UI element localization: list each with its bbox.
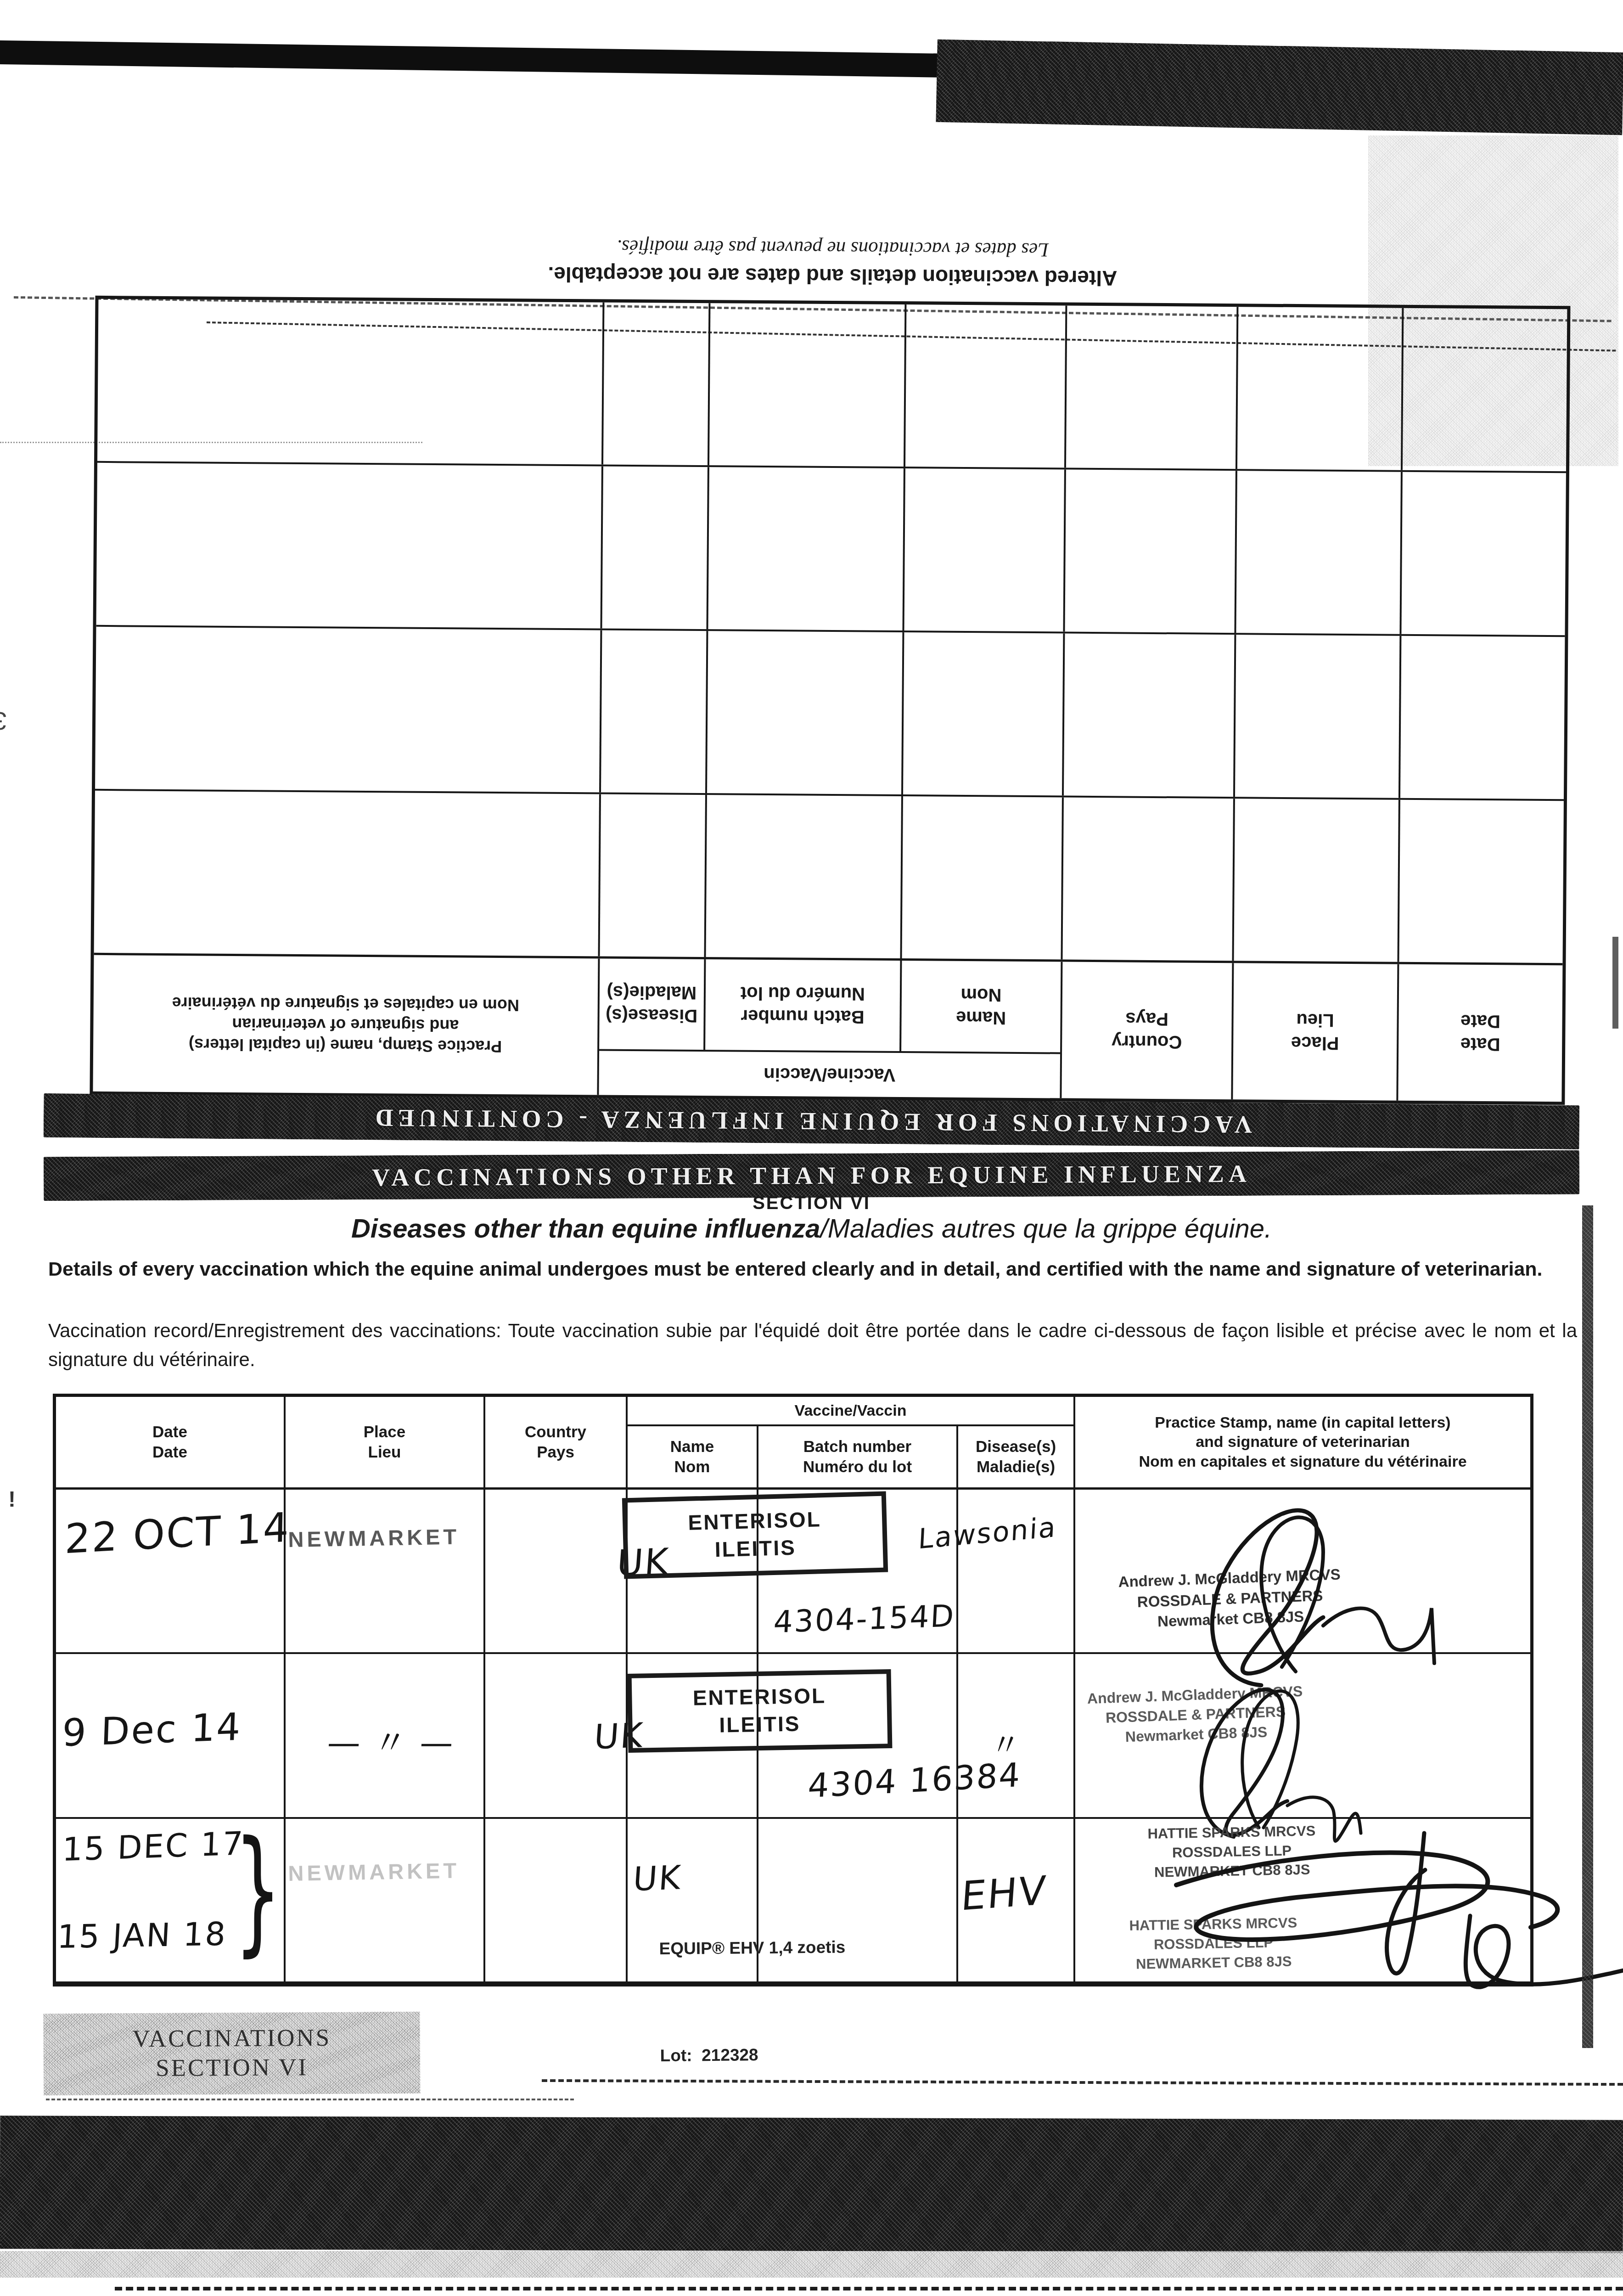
handwritten-date: 9 Dec 14 <box>62 1705 242 1755</box>
intro-text-en: Details of every vaccination which the e… <box>48 1255 1577 1284</box>
handwritten-date: 15 DEC 17 <box>62 1824 245 1868</box>
enterisol-ileitis-stamp: ENTERISOLILEITIS <box>627 1669 893 1753</box>
scan-noise-bottom-band <box>0 2116 1623 2253</box>
section-vi-table: DateDate PlaceLieu CountryPays Vaccine/V… <box>53 1394 1533 1986</box>
handwritten-batch: 4304-154D <box>773 1598 956 1640</box>
flipped-influenza-table-zone: DateDate PlaceLieu CountryPays Vaccine/V… <box>89 220 1571 1105</box>
col-header-date: DateDate <box>1396 964 1562 1102</box>
handwritten-brace: } <box>234 1823 281 1958</box>
section-heading-fr: /Maladies autres que la grippe équine. <box>820 1214 1272 1244</box>
col-header-country: CountryPays <box>1060 962 1232 1099</box>
place-stamp-faded: NEWMARKET <box>288 1857 460 1886</box>
altered-details-note-fr: Les dates et vaccinations ne peuvent pas… <box>95 232 1571 264</box>
empty-row <box>95 625 1565 799</box>
vaccinations-section-tab: VACCINATIONS SECTION VI <box>44 2012 421 2095</box>
handwritten-date: 15 JAN 18 <box>56 1915 228 1956</box>
col-header-practice-stamp: Practice Stamp, name (in capital letters… <box>93 955 598 1095</box>
empty-row <box>97 299 1567 471</box>
page-edge-tick <box>1612 937 1618 1029</box>
col-header-country: CountryPays <box>485 1397 628 1487</box>
empty-row <box>94 789 1564 963</box>
col-header-practice-stamp: Practice Stamp, name (in capital letters… <box>1075 1397 1530 1487</box>
scan-streak-right <box>1582 1205 1593 2048</box>
col-header-date: DateDate <box>56 1397 286 1487</box>
vaccine-group-label: Vaccine/Vaccin <box>628 1397 1073 1426</box>
empty-row <box>96 461 1566 635</box>
influenza-continued-table: DateDate PlaceLieu CountryPays Vaccine/V… <box>90 296 1570 1105</box>
col-header-place: PlaceLieu <box>286 1397 485 1487</box>
ditto-disease-mark: 〃 <box>990 1721 1022 1764</box>
intro-text-fr: Vaccination record/Enregistrement des va… <box>48 1316 1577 1374</box>
footer-dashed-line-left <box>46 2099 574 2100</box>
col-header-disease: Disease(s)Maladie(s) <box>958 1426 1073 1487</box>
col-header-vaccine-group: Vaccine/Vaccin NameNom Batch numberNumér… <box>597 958 1061 1098</box>
enterisol-ileitis-stamp: ENTERISOLILEITIS <box>622 1491 888 1579</box>
margin-exclaim: ! <box>8 1487 16 1512</box>
section-label: SECTION VI <box>0 1193 1623 1214</box>
altered-details-note: Altered vaccination details and dates ar… <box>95 232 1571 294</box>
col-header-name: NameNom <box>628 1426 758 1487</box>
veterinarian-signature <box>1149 1818 1623 2002</box>
handwritten-disease: EHV <box>960 1868 1048 1920</box>
margin-digit: 3 <box>0 706 7 736</box>
col-header-place: PlaceLieu <box>1231 963 1397 1101</box>
vaccine-group-label: Vaccine/Vaccin <box>599 1049 1060 1098</box>
altered-details-note-en: Altered vaccination details and dates ar… <box>95 259 1571 294</box>
bottom-edge-line <box>115 2287 1623 2290</box>
col-header-batch: Batch numberNuméro du lot <box>758 1426 958 1487</box>
section-heading: Diseases other than equine influenza/Mal… <box>0 1213 1623 1244</box>
section-heading-en: Diseases other than equine influenza <box>351 1214 820 1244</box>
col-header-name: NameNom <box>899 961 1061 1052</box>
ditto-place-mark: — 〃 — <box>326 1716 456 1764</box>
col-header-disease: Disease(s)Maladie(s) <box>599 958 704 1050</box>
col-header-vaccine-group: Vaccine/Vaccin NameNom Batch numberNumér… <box>628 1397 1075 1487</box>
col-header-batch: Batch numberNuméro du lot <box>703 959 900 1051</box>
scan-noise-top-right <box>936 39 1623 135</box>
place-stamp: NEWMARKET <box>288 1524 460 1552</box>
scan-noise-bottom-speckle <box>0 2251 1623 2278</box>
scanned-passport-page: 3 DateDate PlaceLieu CountryPays Vaccine… <box>0 0 1623 2296</box>
